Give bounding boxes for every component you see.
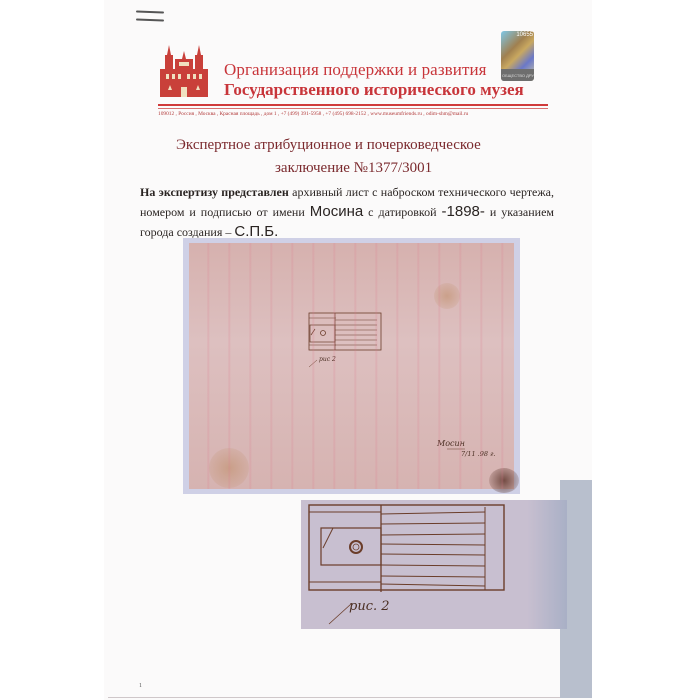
author-name: Мосина xyxy=(310,203,364,220)
page-number: 1 xyxy=(139,683,142,689)
stain-mark xyxy=(209,448,249,488)
historical-museum-logo-icon xyxy=(158,45,210,101)
paragraph-lead: На экспертизу представлен xyxy=(140,185,289,199)
page-edge xyxy=(108,697,592,698)
figure-label: рис 2 xyxy=(319,356,336,363)
sketch-detail-photo: рис. 2 xyxy=(301,500,567,629)
organization-name-line2: Государственного исторического музея xyxy=(224,80,524,100)
stain-mark xyxy=(489,468,519,493)
date-value: -1898- xyxy=(442,203,485,220)
expertise-paragraph: На экспертизу представлен архивный лист … xyxy=(140,183,554,242)
header-rule-thin xyxy=(158,108,548,109)
hologram-seal-icon: 10655 ОБЩЕСТВО ДРУЗЕЙ xyxy=(501,31,534,81)
technical-sketch-detail: рис. 2 xyxy=(301,500,567,629)
organization-name-line1: Организация поддержки и развития xyxy=(224,60,487,80)
archival-sheet-photo: рис 2 Мосин 7/11 .98 г. xyxy=(183,238,520,494)
hologram-number: 10655 xyxy=(516,32,533,38)
detail-figure-label: рис. 2 xyxy=(349,599,390,614)
organization-address: 109012 , Россия , Москва , Красная площа… xyxy=(158,111,548,117)
signature: Мосин xyxy=(436,439,465,448)
stain-mark xyxy=(434,283,460,309)
technical-sketch-small: рис 2 Мосин 7/11 .98 г. xyxy=(189,243,514,489)
hologram-caption: ОБЩЕСТВО ДРУЗЕЙ xyxy=(502,73,534,78)
document-title-line1: Экспертное атрибуционное и почерковедчес… xyxy=(176,137,481,154)
aged-paper: рис 2 Мосин 7/11 .98 г. xyxy=(189,243,514,489)
header-rule xyxy=(158,104,548,106)
signature-date: 7/11 .98 г. xyxy=(461,450,495,458)
document-title-line2: заключение №1377/3001 xyxy=(275,160,432,177)
paragraph-text: с датировкой xyxy=(363,205,441,219)
